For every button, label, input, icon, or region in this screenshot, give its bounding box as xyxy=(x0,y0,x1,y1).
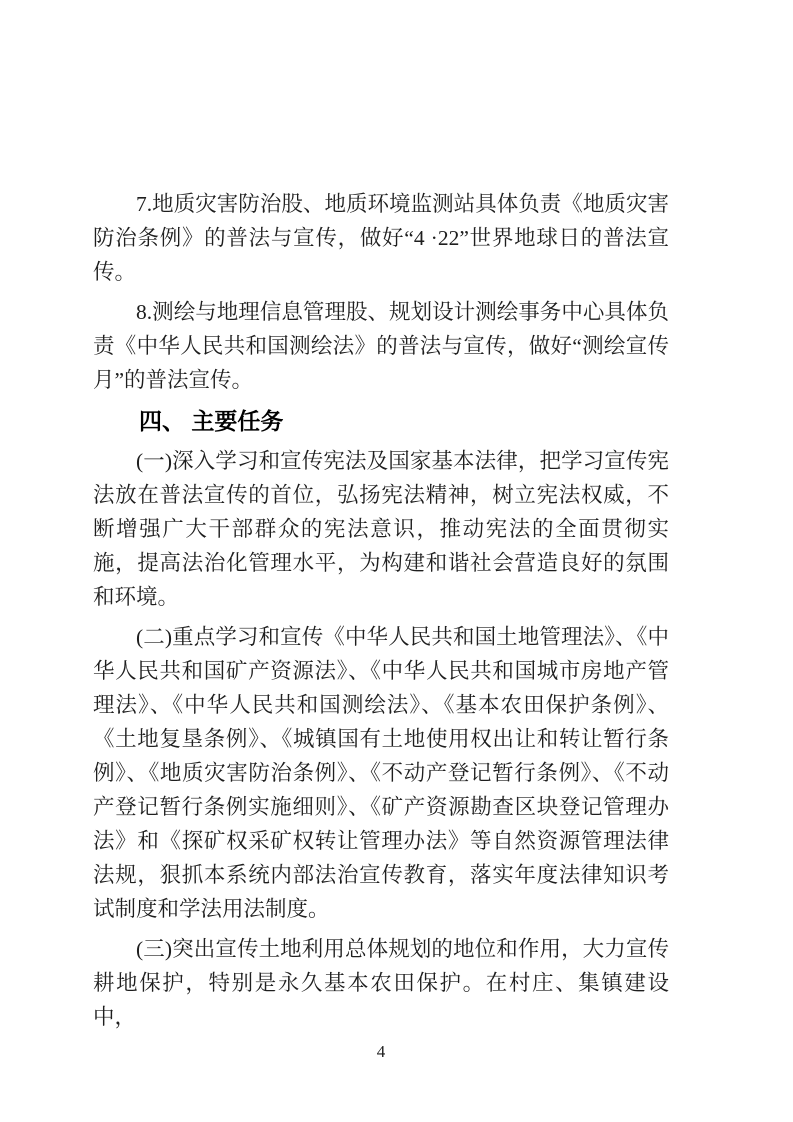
paragraph-task-3-land-use-planning: (三)突出宣传土地利用总体规划的地位和作用，大力宣传耕地保护，特别是永久基本农田… xyxy=(93,932,669,1034)
page-number: 4 xyxy=(93,1042,669,1062)
paragraph-task-1-constitution: (一)深入学习和宣传宪法及国家基本法律，把学习宣传宪法放在普法宣传的首位，弘扬宪… xyxy=(93,444,669,614)
document-page: 7.地质灾害防治股、地质环境监测站具体负责《地质灾害防治条例》的普法与宣传，做好… xyxy=(0,0,793,1122)
page-content: 7.地质灾害防治股、地质环境监测站具体负责《地质灾害防治条例》的普法与宣传，做好… xyxy=(93,187,669,1034)
section-heading-main-tasks: 四、 主要任务 xyxy=(93,404,669,438)
paragraph-item-8-surveying-mapping: 8.测绘与地理信息管理股、规划设计测绘事务中心具体负责《中华人民共和国测绘法》的… xyxy=(93,295,669,397)
paragraph-task-2-laws-regulations: (二)重点学习和宣传《中华人民共和国土地管理法》、《中华人民共和国矿产资源法》、… xyxy=(93,620,669,926)
paragraph-item-7-geological-disaster: 7.地质灾害防治股、地质环境监测站具体负责《地质灾害防治条例》的普法与宣传，做好… xyxy=(93,187,669,289)
